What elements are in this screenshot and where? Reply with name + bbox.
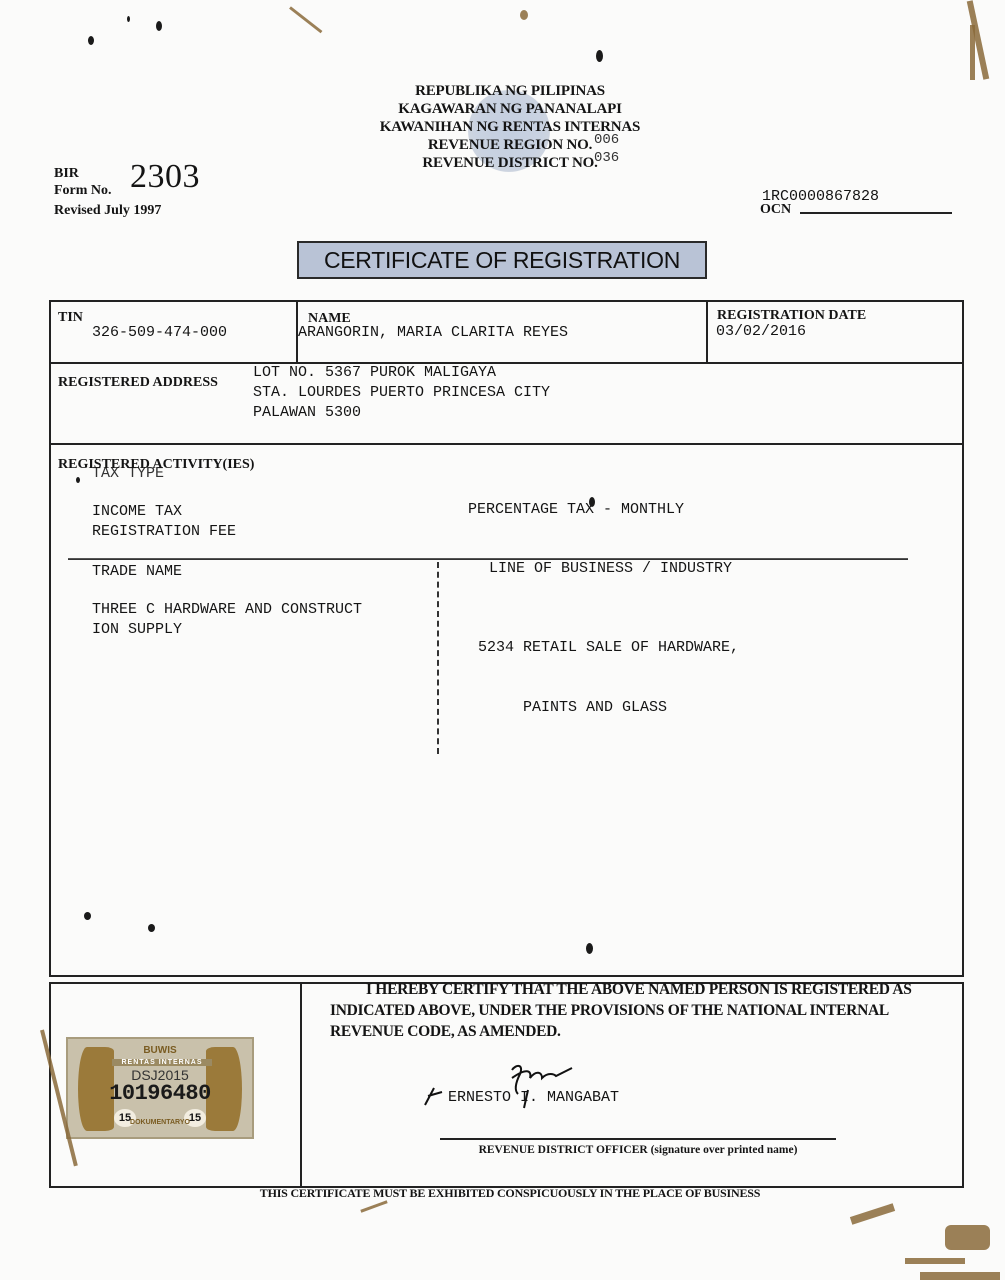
stain: [850, 1203, 895, 1225]
registered-address-label: REGISTERED ADDRESS: [58, 375, 218, 390]
form-no-label: Form No.: [54, 183, 112, 199]
address-line: LOT NO. 5367 PUROK MALIGAYA: [253, 363, 550, 383]
tax-type-item: INCOME TAX: [92, 502, 236, 522]
bir-label: BIR: [54, 166, 79, 182]
registered-address-value: LOT NO. 5367 PUROK MALIGAYA STA. LOURDES…: [253, 363, 550, 423]
line-of-business-line: PAINTS AND GLASS: [478, 698, 739, 718]
agency-line-republic: REPUBLIKA NG PILIPINAS: [330, 82, 690, 100]
address-line: PALAWAN 5300: [253, 403, 550, 423]
form-divider: [49, 443, 964, 445]
speck: [76, 477, 80, 483]
stain: [520, 10, 528, 20]
speck: [148, 924, 155, 932]
trade-name-value: THREE C HARDWARE AND CONSTRUCT ION SUPPL…: [92, 600, 362, 640]
tin-value: 326-509-474-000: [92, 323, 227, 343]
tax-type-item: REGISTRATION FEE: [92, 522, 236, 542]
agency-line-bureau: KAWANIHAN NG RENTAS INTERNAS: [330, 118, 690, 136]
form-divider: [706, 300, 708, 363]
line-of-business-label: LINE OF BUSINESS / INDUSTRY: [489, 559, 732, 579]
tax-types-left: INCOME TAX REGISTRATION FEE: [92, 502, 236, 542]
documentary-stamp: BUWIS RENTAS INTERNAS DSJ2015 10196480 1…: [66, 1037, 254, 1139]
stamp-top-text: BUWIS: [68, 1045, 252, 1056]
line-of-business-line: 5234 RETAIL SALE OF HARDWARE,: [478, 638, 739, 658]
revenue-district-number: 036: [594, 151, 619, 165]
registration-date-label: REGISTRATION DATE: [717, 308, 866, 323]
stain: [360, 1200, 387, 1212]
agency-line-region: REVENUE REGION NO.: [330, 136, 690, 154]
stain: [945, 1225, 990, 1250]
address-line: STA. LOURDES PUERTO PRINCESA CITY: [253, 383, 550, 403]
speck: [596, 50, 603, 62]
display-notice: THIS CERTIFICATE MUST BE EXHIBITED CONSP…: [150, 1186, 870, 1201]
name-value: ARANGORIN, MARIA CLARITA REYES: [298, 323, 568, 343]
document-title: CERTIFICATE OF REGISTRATION: [297, 241, 707, 279]
speck: [127, 16, 130, 22]
speck: [156, 21, 162, 31]
speck: [589, 497, 595, 507]
revenue-region-number: 006: [594, 133, 619, 147]
tax-type-item: PERCENTAGE TAX - MONTHLY: [468, 500, 684, 520]
tin-label: TIN: [58, 310, 83, 325]
trade-name-label: TRADE NAME: [92, 562, 182, 582]
agency-line-department: KAGAWARAN NG PANANALAPI: [330, 100, 690, 118]
stamp-bottom-text: DOKUMENTARYO: [68, 1119, 252, 1126]
officer-name: ERNESTO I. MANGABAT: [448, 1089, 619, 1106]
form-number: 2303: [130, 158, 200, 196]
registered-activities-label: REGISTERED ACTIVITY(IES): [58, 457, 254, 472]
line-of-business-value: 5234 RETAIL SALE OF HARDWARE, PAINTS AND…: [478, 598, 739, 738]
officer-title: REVENUE DISTRICT OFFICER (signature over…: [440, 1144, 836, 1156]
stamp-serial: 10196480: [68, 1081, 252, 1106]
activities-divider: [68, 558, 908, 560]
certification-divider: [300, 982, 302, 1188]
stain: [920, 1272, 1000, 1280]
ocn-underline: [800, 212, 952, 214]
signature-line: [440, 1138, 836, 1140]
tax-types-right: PERCENTAGE TAX - MONTHLY: [468, 500, 684, 520]
agency-header: REPUBLIKA NG PILIPINAS KAGAWARAN NG PANA…: [330, 82, 690, 172]
agency-line-district: REVENUE DISTRICT NO.: [330, 154, 690, 172]
certification-statement: I HEREBY CERTIFY THAT THE ABOVE NAMED PE…: [330, 979, 955, 1042]
trade-name-line: ION SUPPLY: [92, 620, 362, 640]
stain: [905, 1258, 965, 1264]
speck: [586, 943, 593, 954]
registration-date-value: 03/02/2016: [716, 322, 806, 342]
trade-name-line: THREE C HARDWARE AND CONSTRUCT: [92, 600, 362, 620]
speck: [88, 36, 94, 45]
form-revision: Revised July 1997: [54, 203, 161, 219]
speck: [84, 912, 91, 920]
column-divider: [437, 562, 439, 754]
stain: [970, 25, 975, 80]
ocn-label: OCN: [760, 202, 791, 218]
stain: [289, 6, 322, 33]
stamp-band-text: RENTAS INTERNAS: [112, 1059, 212, 1066]
